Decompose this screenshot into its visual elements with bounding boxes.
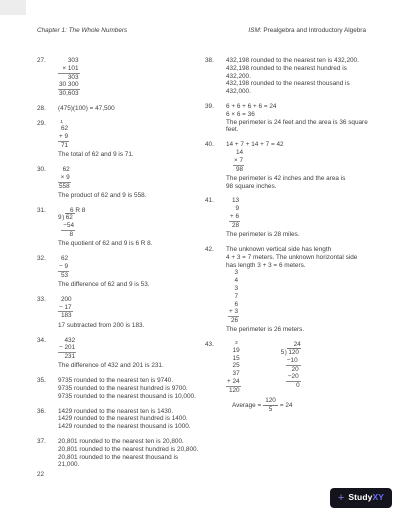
solution-text: The total of 62 and 9 is 71.: [58, 151, 205, 159]
plus-icon: +: [338, 493, 344, 504]
problem-body: 3 19 15 25 37 + 24 120 24 5)120 −10 20: [226, 341, 380, 414]
division-step: −54: [61, 222, 75, 231]
math-result-row: 53: [58, 272, 69, 280]
math-row: 13: [229, 197, 240, 205]
problem-number: 41.: [205, 197, 226, 238]
math-row: × 9: [58, 174, 71, 183]
chapter-title: Chapter 1: The Whole Numbers: [37, 27, 127, 35]
document-page: Chapter 1: The Whole Numbers ISM: Prealg…: [0, 0, 400, 518]
problem-number: 32.: [37, 255, 58, 289]
math-row: 6: [228, 301, 239, 309]
solution-text: 20,801 rounded to the nearest ten is 20,…: [58, 438, 205, 446]
side-by-side-work: 3 19 15 25 37 + 24 120 24 5)120 −10 20: [226, 341, 380, 394]
math-row: 25: [226, 362, 241, 370]
division-dividend: 120: [287, 348, 301, 356]
division-step: −10: [286, 357, 301, 366]
math-result-row: 183: [58, 312, 73, 320]
problem-33: 33. 200 − 17 183 17 subtracted from 200 …: [37, 296, 205, 330]
long-division-block: 6 R 8 9)62 −54 8: [58, 207, 85, 239]
solution-text: The difference of 62 and 9 is 53.: [58, 281, 205, 289]
vertical-subtraction: 432 − 201 231: [58, 337, 76, 361]
math-row: − 9: [58, 263, 69, 272]
vertical-addition: 3 4 3 7 6 + 3 26: [228, 269, 239, 325]
math-row: + 3: [228, 308, 239, 317]
math-result-row: 558: [58, 183, 71, 191]
math-row: 15: [226, 355, 241, 363]
problem-body: 9735 rounded to the nearest ten is 9740.…: [58, 377, 205, 400]
vertical-addition: 1 62 + 9 71: [58, 120, 69, 150]
solution-text: feet.: [226, 126, 380, 134]
problem-number: 43.: [205, 341, 226, 414]
math-row: 9: [229, 205, 240, 213]
math-row: 62: [58, 125, 69, 133]
solution-text: 4 + 3 = 7 meters. The unknown horizontal…: [226, 254, 380, 262]
problem-38: 38. 432,198 rounded to the nearest ten i…: [205, 57, 380, 96]
vertical-multiplication: 62 × 9 558: [58, 166, 71, 190]
math-row: 303: [58, 74, 80, 82]
solution-text: 98 square inches.: [226, 183, 380, 191]
solution-text: 20,801 rounded to the nearest hundred is…: [58, 446, 205, 454]
problem-number: 42.: [205, 246, 226, 334]
solution-text: 432,198 rounded to the nearest thousand …: [226, 80, 380, 88]
problem-28: 28. (475)(100) = 47,500: [37, 105, 205, 113]
solution-text: 1429 rounded to the nearest ten is 1430.: [58, 408, 205, 416]
math-row: 19: [226, 347, 241, 355]
problem-body: The unknown vertical side has length 4 +…: [226, 246, 380, 334]
math-row: 7: [228, 293, 239, 301]
problem-27: 27. 303 × 101 303 30 300 30,603: [37, 57, 205, 98]
solution-text: has length 3 + 3 = 6 meters.: [226, 262, 380, 270]
problem-body: (475)(100) = 47,500: [58, 105, 205, 113]
book-title-rest: Prealgebra and Introductory Algebra: [262, 27, 366, 34]
problem-number: 40.: [205, 141, 226, 190]
problem-body: 303 × 101 303 30 300 30,603: [58, 57, 205, 98]
solution-text: 432,198 rounded to the nearest hundred i…: [226, 65, 380, 73]
math-row: 200: [58, 296, 73, 304]
solution-text: The perimeter is 42 inches and the area …: [226, 175, 380, 183]
solution-text: 9735 rounded to the nearest ten is 9740.: [58, 377, 205, 385]
solution-text: 1429 rounded to the nearest thousand is …: [58, 423, 205, 431]
problem-number: 28.: [37, 105, 58, 113]
solution-text: 432,198 rounded to the nearest ten is 43…: [226, 57, 380, 65]
average-result: = 24: [280, 402, 293, 410]
math-row: − 17: [58, 304, 73, 313]
division-steps: −10 20 −20 0: [286, 357, 301, 390]
problem-body: 13 9 + 6 28 The perimeter is 28 miles.: [226, 197, 380, 238]
math-result-row: 26: [228, 317, 239, 325]
problem-number: 30.: [37, 166, 58, 200]
solution-text: The perimeter is 28 miles.: [226, 231, 380, 239]
solution-text: 21,000.: [58, 461, 205, 469]
problem-41: 41. 13 9 + 6 28 The perimeter is 28 mile…: [205, 197, 380, 238]
problem-body: 20,801 rounded to the nearest ten is 20,…: [58, 438, 205, 469]
division-step: 8: [61, 231, 75, 239]
solution-text: (475)(100) = 47,500: [58, 105, 205, 113]
division-step: −20: [286, 373, 301, 382]
solution-text: 432,000.: [226, 88, 380, 96]
solution-text: The perimeter is 26 meters.: [226, 326, 380, 334]
problem-29: 29. 1 62 + 9 71 The total of 62 and 9 is…: [37, 120, 205, 159]
math-result-row: 30,603: [58, 90, 80, 98]
math-row: 303: [58, 57, 80, 65]
solution-text: The perimeter is 24 feet and the area is…: [226, 119, 380, 127]
problem-number: 34.: [37, 337, 58, 371]
problem-number: 31.: [37, 207, 58, 248]
problem-43: 43. 3 19 15 25 37 + 24 120 24 5)120: [205, 341, 380, 414]
math-row: × 7: [233, 157, 244, 166]
math-row: 4: [228, 277, 239, 285]
solution-text: 432,200.: [226, 73, 380, 81]
logo-text: StudyXY: [348, 494, 384, 503]
problem-34: 34. 432 − 201 231 The difference of 432 …: [37, 337, 205, 371]
equation-line: 6 × 6 = 36: [226, 111, 380, 119]
vertical-multiplication: 14 × 7 98: [233, 149, 244, 173]
problem-number: 39.: [205, 103, 226, 134]
problem-body: 62 − 9 53 The difference of 62 and 9 is …: [58, 255, 205, 289]
fraction-numerator: 120: [263, 397, 278, 406]
math-row: 3: [228, 269, 239, 277]
equation-line: 14 + 7 + 14 + 7 = 42: [226, 141, 380, 149]
page-header: Chapter 1: The Whole Numbers ISM: Prealg…: [37, 27, 366, 35]
problem-35: 35. 9735 rounded to the nearest ten is 9…: [37, 377, 205, 400]
math-row: × 101: [58, 65, 80, 74]
logo-text-xy: XY: [372, 492, 384, 502]
solution-text: The unknown vertical side has length: [226, 246, 380, 254]
problem-number: 38.: [205, 57, 226, 96]
math-row: 62: [58, 166, 71, 174]
division-step: 0: [286, 382, 301, 390]
book-title-abbrev: ISM:: [248, 27, 261, 34]
problem-number: 33.: [37, 296, 58, 330]
logo-text-study: Study: [348, 492, 372, 502]
math-row: 14: [233, 149, 244, 157]
problem-body: 62 × 9 558 The product of 62 and 9 is 55…: [58, 166, 205, 200]
math-row: + 9: [58, 133, 69, 142]
vertical-addition: 13 9 + 6 28: [229, 197, 240, 229]
problem-number: 29.: [37, 120, 58, 159]
solution-text: 9735 rounded to the nearest hundred is 9…: [58, 385, 205, 393]
math-result-row: 28: [229, 222, 240, 230]
problem-body: 200 − 17 183 17 subtracted from 200 is 1…: [58, 296, 205, 330]
math-row: 432: [58, 337, 76, 345]
solution-text: 20,801 rounded to the nearest thousand i…: [58, 454, 205, 462]
solution-text: 17 subtracted from 200 is 183.: [58, 322, 205, 330]
problem-body: 432,198 rounded to the nearest ten is 43…: [226, 57, 380, 96]
solution-text: The product of 62 and 9 is 558.: [58, 192, 205, 200]
problem-number: 35.: [37, 377, 58, 400]
page-number: 22: [37, 471, 44, 479]
problem-body: 432 − 201 231 The difference of 432 and …: [58, 337, 205, 371]
division-line: 9)62: [58, 214, 85, 222]
left-column: 27. 303 × 101 303 30 300 30,603 28. (475…: [37, 57, 205, 476]
studyxy-logo: + StudyXY: [330, 488, 392, 508]
problem-36: 36. 1429 rounded to the nearest ten is 1…: [37, 408, 205, 431]
math-result-row: 120: [226, 387, 241, 395]
fraction: 120 5: [263, 397, 278, 414]
equation-line: 6 + 6 + 6 + 6 = 24: [226, 103, 380, 111]
solution-text: 9735 rounded to the nearest thousand is …: [58, 393, 205, 401]
vertical-subtraction: 200 − 17 183: [58, 296, 73, 320]
problem-37: 37. 20,801 rounded to the nearest ten is…: [37, 438, 205, 469]
solution-text: 1429 rounded to the nearest hundred is 1…: [58, 415, 205, 423]
vertical-subtraction: 62 − 9 53: [58, 255, 69, 279]
average-equation: Average = 120 5 = 24: [232, 397, 380, 414]
book-title: ISM: Prealgebra and Introductory Algebra: [248, 27, 366, 35]
problem-body: 6 R 8 9)62 −54 8 The quotient of 62 and …: [58, 207, 205, 248]
problem-number: 36.: [37, 408, 58, 431]
math-row: + 6: [229, 213, 240, 222]
problem-body: 14 + 7 + 14 + 7 = 42 14 × 7 98 The perim…: [226, 141, 380, 190]
solution-text: The quotient of 62 and 9 is 6 R 8.: [58, 240, 205, 248]
math-row: 3: [228, 285, 239, 293]
problem-body: 6 + 6 + 6 + 6 = 24 6 × 6 = 36 The perime…: [226, 103, 380, 134]
right-column: 38. 432,198 rounded to the nearest ten i…: [205, 57, 380, 421]
problem-number: 37.: [37, 438, 58, 469]
problem-body: 1 62 + 9 71 The total of 62 and 9 is 71.: [58, 120, 205, 159]
division-dividend: 62: [65, 213, 75, 221]
math-row: 37: [226, 370, 241, 378]
problem-42: 42. The unknown vertical side has length…: [205, 246, 380, 334]
problem-30: 30. 62 × 9 558 The product of 62 and 9 i…: [37, 166, 205, 200]
division-step: 20: [286, 366, 301, 374]
problem-number: 27.: [37, 57, 58, 98]
average-label: Average =: [232, 402, 261, 410]
math-result-row: 71: [58, 142, 69, 150]
vertical-multiplication: 303 × 101 303 30 300 30,603: [58, 57, 80, 98]
problem-31: 31. 6 R 8 9)62 −54 8 The quotient of 62 …: [37, 207, 205, 248]
division-line: 5)120: [281, 349, 301, 357]
math-row: − 201: [58, 344, 76, 353]
vertical-addition: 3 19 15 25 37 + 24 120: [226, 341, 241, 394]
scan-artifact: [0, 0, 26, 15]
division-steps: −54 8: [61, 222, 75, 239]
math-result-row: 98: [233, 166, 244, 174]
solution-text: The difference of 432 and 201 is 231.: [58, 362, 205, 370]
long-division-block: 24 5)120 −10 20 −20 0: [281, 341, 301, 394]
problem-32: 32. 62 − 9 53 The difference of 62 and 9…: [37, 255, 205, 289]
problem-40: 40. 14 + 7 + 14 + 7 = 42 14 × 7 98 The p…: [205, 141, 380, 190]
math-row: + 24: [226, 378, 241, 387]
problem-39: 39. 6 + 6 + 6 + 6 = 24 6 × 6 = 36 The pe…: [205, 103, 380, 134]
problem-body: 1429 rounded to the nearest ten is 1430.…: [58, 408, 205, 431]
math-row: 30 300: [58, 81, 80, 90]
fraction-denominator: 5: [269, 406, 273, 414]
math-result-row: 231: [58, 353, 76, 361]
math-row: 62: [58, 255, 69, 263]
